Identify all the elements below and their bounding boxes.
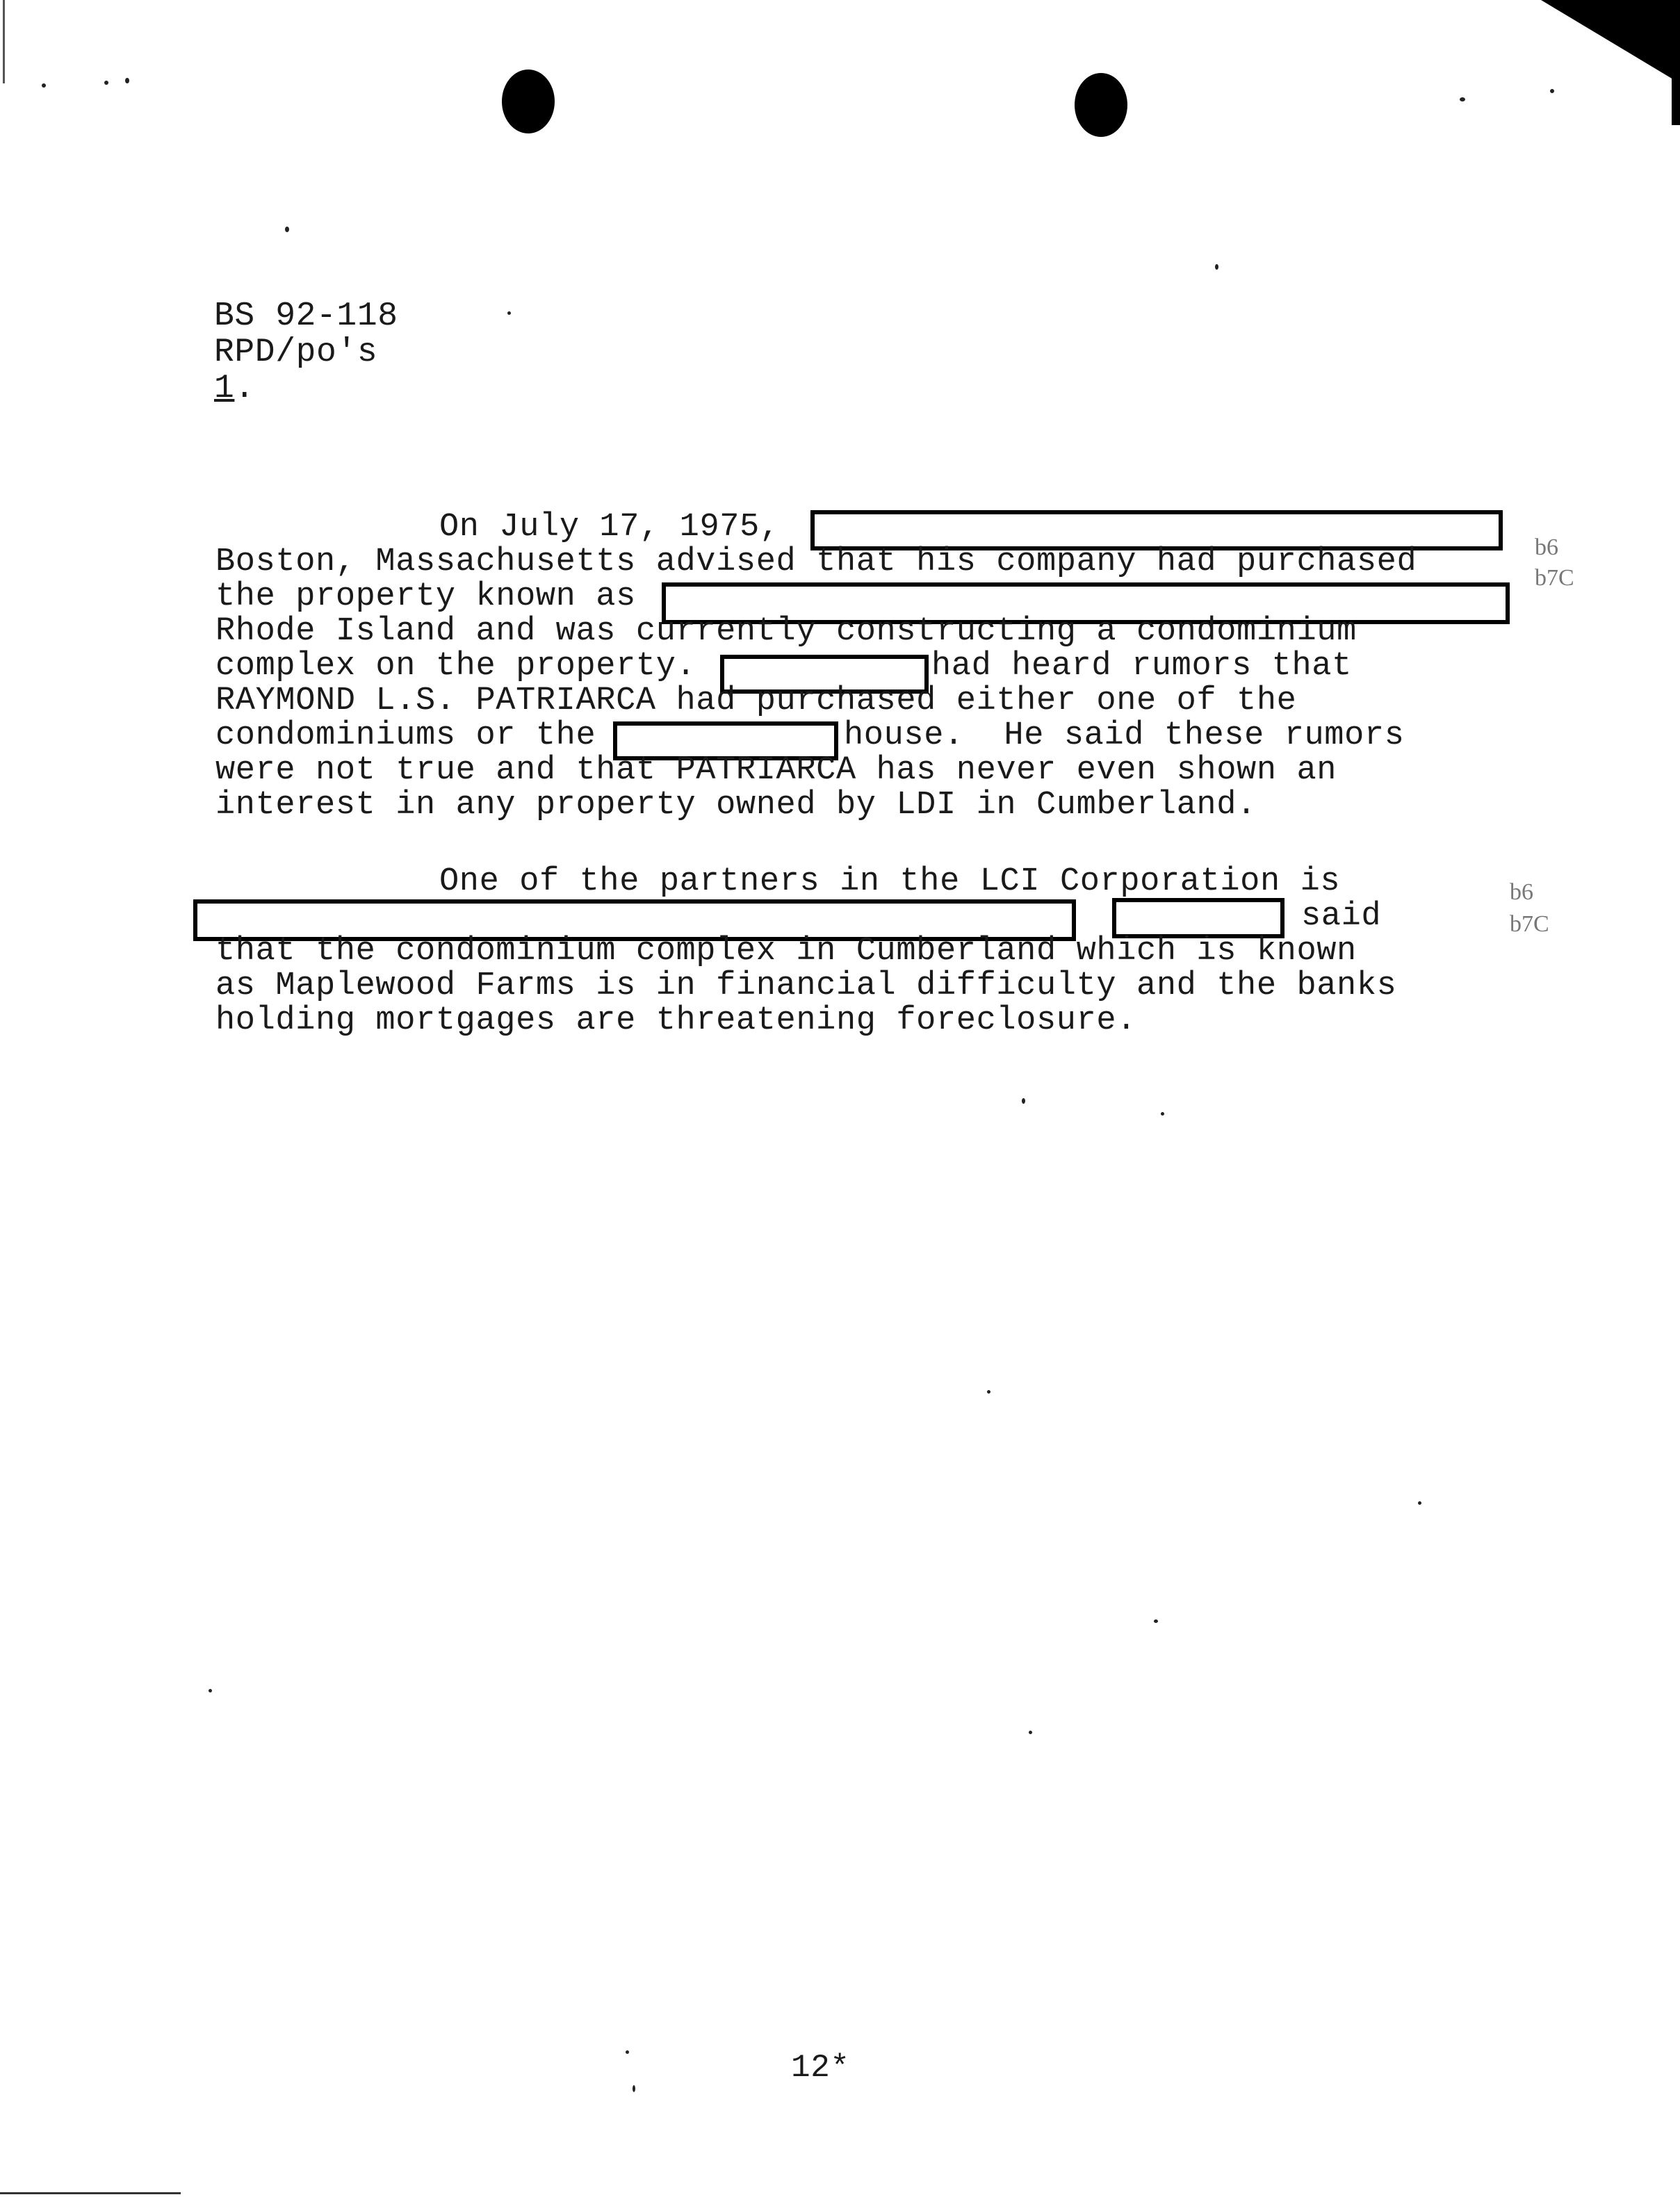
speck	[1022, 1098, 1025, 1104]
p1-line-7a: condominiums or the	[215, 719, 596, 753]
scan-edge-bottom	[0, 2192, 181, 2194]
speck	[104, 81, 108, 85]
file-number: BS 92-118	[214, 297, 398, 335]
p2-line-1: One of the partners in the LCI Corporati…	[439, 865, 1340, 899]
speck	[1215, 264, 1218, 270]
p1-line-7b: house. He said these rumors	[844, 719, 1405, 753]
speck	[42, 83, 46, 88]
page-number: 12*	[791, 2050, 850, 2085]
p1-line-5b: had heard rumors that	[931, 649, 1352, 684]
item-number-digit: 1	[214, 370, 234, 407]
speck	[209, 1689, 212, 1692]
folded-corner	[1541, 0, 1680, 83]
p2-line-5: holding mortgages are threatening forecl…	[215, 1004, 1136, 1038]
speck	[633, 2085, 635, 2092]
item-number: 1.	[214, 370, 255, 407]
item-number-suffix: .	[234, 370, 254, 407]
p2-line-3: that the condominium complex in Cumberla…	[215, 934, 1357, 969]
p1-line-3: the property known as	[215, 580, 636, 614]
p1-line-5a: complex on the property.	[215, 649, 696, 684]
exemption-code-b6: b6	[1535, 532, 1558, 563]
p2-line-4: as Maplewood Farms is in financial diffi…	[215, 969, 1396, 1004]
p1-line-4: Rhode Island and was currently construct…	[215, 614, 1357, 649]
speck	[1418, 1501, 1421, 1505]
p1-line-6: RAYMOND L.S. PATRIARCA had purchased eit…	[215, 684, 1296, 719]
speck	[1460, 97, 1465, 101]
scan-edge-right	[1672, 0, 1680, 125]
exemption-code-b7c: b7C	[1510, 909, 1549, 940]
speck	[987, 1390, 990, 1394]
speck	[507, 311, 511, 315]
p2-line-2b: said	[1301, 899, 1381, 934]
speck	[1029, 1731, 1032, 1734]
speck	[1154, 1619, 1158, 1623]
p1-line-8: were not true and that PATRIARCA has nev…	[215, 753, 1337, 788]
punch-hole-right	[1075, 73, 1127, 137]
speck	[125, 78, 129, 83]
p1-line-1: On July 17, 1975,	[439, 510, 780, 545]
exemption-code-b6: b6	[1510, 877, 1533, 908]
scan-edge-line	[3, 0, 5, 83]
p1-line-2: Boston, Massachusetts advised that his c…	[215, 545, 1417, 580]
speck	[1161, 1112, 1164, 1116]
punch-hole-left	[502, 70, 555, 133]
typist-initials: RPD/po's	[214, 334, 377, 371]
p1-line-9: interest in any property owned by LDI in…	[215, 788, 1257, 823]
speck	[285, 227, 289, 232]
speck	[1550, 89, 1554, 93]
document-page: BS 92-118 RPD/po's 1. On July 17, 1975, …	[0, 0, 1680, 2204]
exemption-code-b7c: b7C	[1535, 563, 1574, 594]
speck	[626, 2050, 629, 2054]
